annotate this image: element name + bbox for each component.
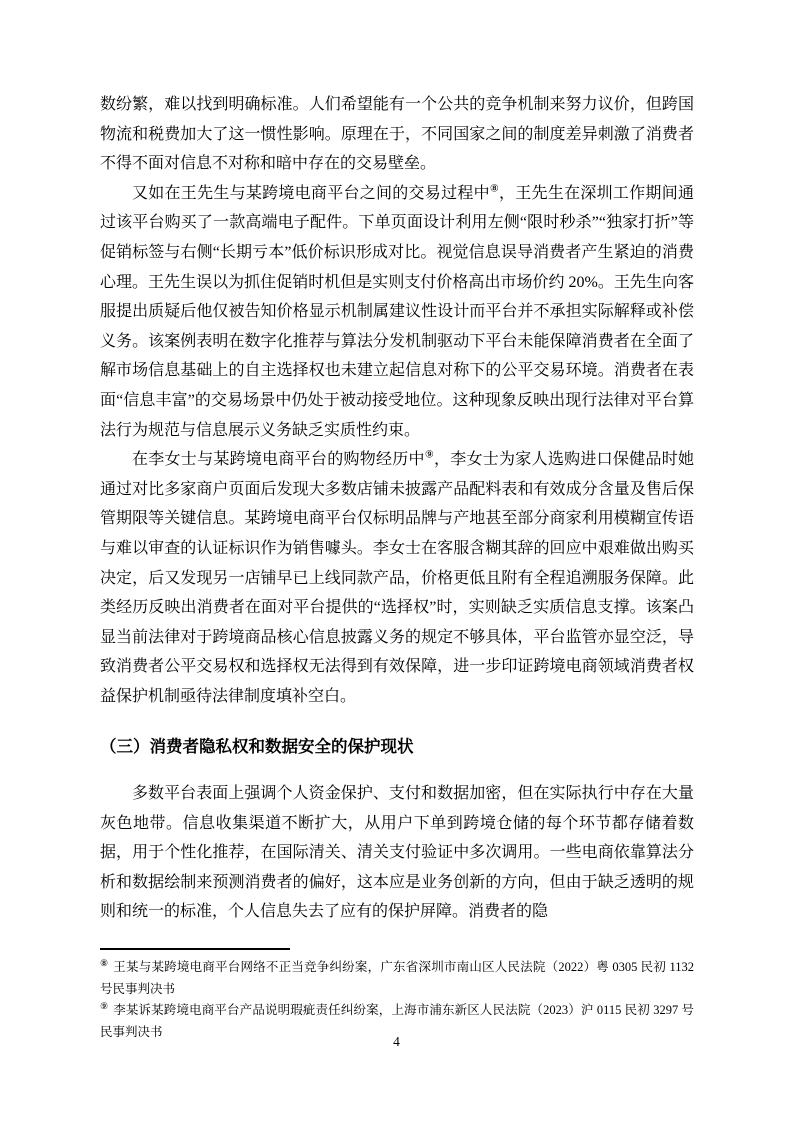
footnote-2-marker: ⑨ [100, 1001, 108, 1011]
footnote-1-text: 王某与某跨境电商平台网络不正当竞争纠纷案，广东省深圳市南山区人民法院（2022）… [100, 960, 694, 996]
paragraph-case-li: 在李女士与某跨境电商平台的购物经历中⑨，李女士为家人选购进口保健品时她通过对比多… [100, 445, 694, 711]
paragraph-privacy: 多数平台表面上强调个人资金保护、支付和数据加密，但在实际执行中存在大量灰色地带。… [100, 779, 694, 927]
footnote-separator-line [100, 948, 290, 950]
footnote-ref-9[interactable]: ⑨ [425, 450, 434, 461]
section-heading-privacy: （三）消费者隐私权和数据安全的保护现状 [100, 732, 694, 762]
paragraph-case-wang-text-rest: ，王先生在深圳工作期间通过该平台购买了一款高端电子配件。下单页面设计利用左侧“限… [100, 185, 694, 439]
paragraph-continuation: 数纷繁，难以找到明确标准。人们希望能有一个公共的竞争机制来努力议价，但跨国物流和… [100, 90, 694, 179]
page-number: 4 [0, 1034, 793, 1050]
footnotes-section: ⑧王某与某跨境电商平台网络不正当竞争纠纷案，广东省深圳市南山区人民法院（2022… [100, 948, 694, 1043]
footnote-item-1: ⑧王某与某跨境电商平台网络不正当竞争纠纷案，广东省深圳市南山区人民法院（2022… [100, 957, 694, 1000]
footnote-1-marker: ⑧ [100, 958, 108, 968]
paragraph-case-wang-text-start: 又如在王先生与某跨境电商平台之间的交易过程中 [132, 185, 490, 202]
paragraph-case-li-text-rest: ，李女士为家人选购进口保健品时她通过对比多家商户页面后发现大多数店铺未披露产品配… [100, 451, 694, 705]
paragraph-case-li-text-start: 在李女士与某跨境电商平台的购物经历中 [132, 451, 425, 468]
footnote-ref-8[interactable]: ⑧ [490, 183, 499, 194]
paragraph-case-wang: 又如在王先生与某跨境电商平台之间的交易过程中⑧，王先生在深圳工作期间通过该平台购… [100, 179, 694, 445]
document-page: 数纷繁，难以找到明确标准。人们希望能有一个公共的竞争机制来努力议价，但跨国物流和… [0, 0, 793, 1122]
page-body-text: 数纷繁，难以找到明确标准。人们希望能有一个公共的竞争机制来努力议价，但跨国物流和… [100, 90, 694, 927]
